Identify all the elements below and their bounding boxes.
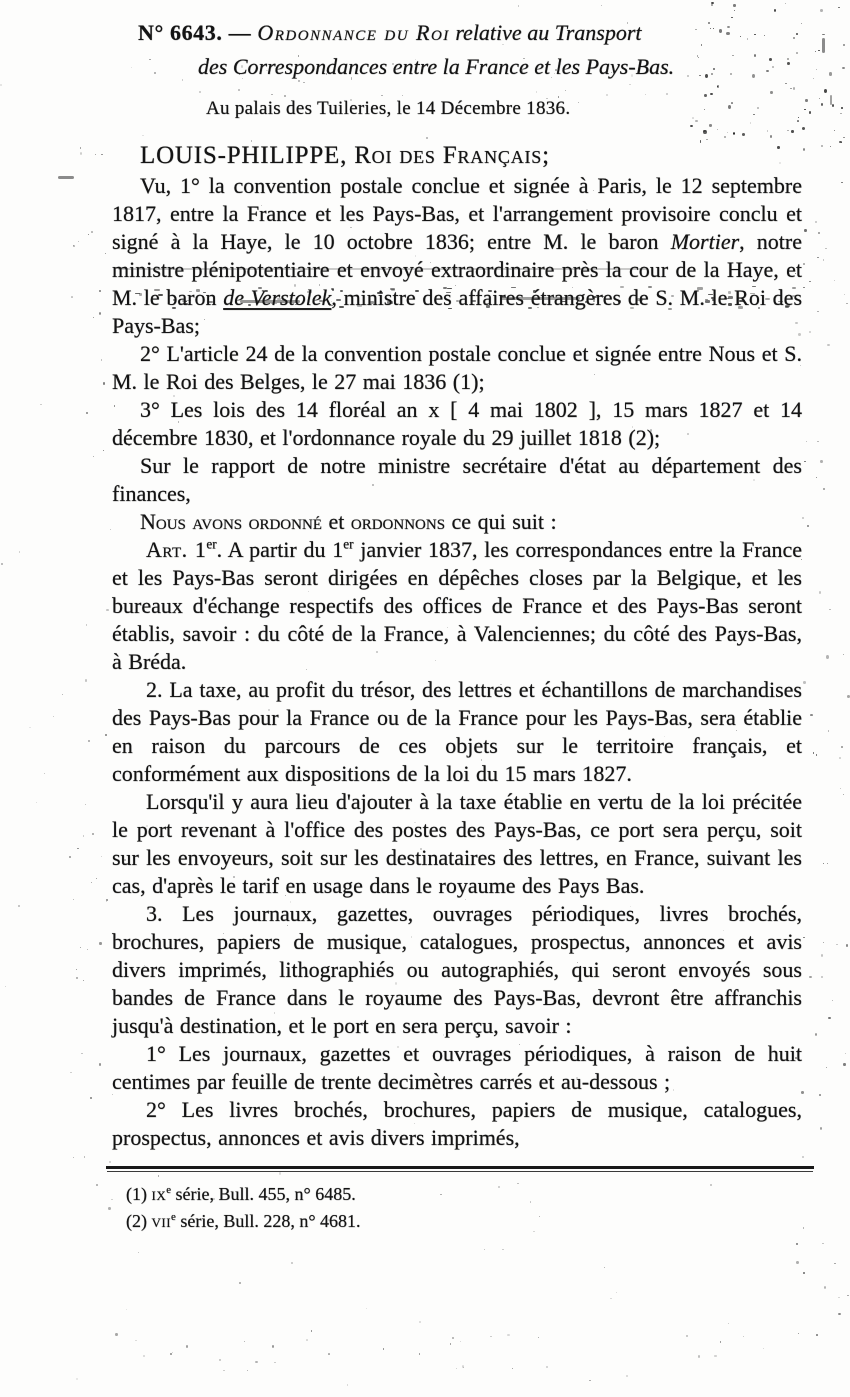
- footnote-1: (1) ixe série, Bull. 455, n° 6485.: [126, 1181, 802, 1208]
- heading-dash: —: [223, 20, 258, 45]
- recital-rapport: Sur le rapport de notre ministre secréta…: [112, 452, 802, 508]
- ordinance-title-rest: relative au Transport: [450, 20, 642, 45]
- article-1: Art. 1er. A partir du 1er janvier 1837, …: [112, 536, 802, 676]
- document-page: N° 6643. — Ordonnance du Roi relative au…: [0, 0, 850, 1397]
- footnote-2: (2) viie série, Bull. 228, n° 4681.: [126, 1208, 802, 1235]
- footnote-2-series: vii: [152, 1211, 172, 1231]
- recital-3: 3° Les lois des 14 floréal an x [ 4 mai …: [112, 396, 802, 452]
- footnote-1-text: série, Bull. 455, n° 6485.: [171, 1184, 356, 1204]
- footnote-2-text: série, Bull. 228, n° 4681.: [176, 1211, 361, 1231]
- enacting-smallcaps-2: ordonnons: [351, 509, 445, 534]
- footnote-1-series: ix: [152, 1184, 167, 1204]
- article-1-ordinal: er: [206, 537, 216, 552]
- recital-vu: Vu, 1° la convention postale conclue et …: [112, 172, 802, 340]
- article-3-number: 3.: [146, 901, 163, 926]
- enacting-mid: et: [322, 509, 351, 534]
- article-2-number: 2.: [146, 677, 163, 702]
- article-1-date-ordinal: er: [343, 537, 353, 552]
- enacting-rest: ce qui suit :: [445, 509, 557, 534]
- salutation-title: Roi des Français;: [347, 142, 550, 169]
- article-3-text: Les journaux, gazettes, ouvrages périodi…: [112, 901, 802, 1038]
- footnote-1-number: (1): [126, 1184, 152, 1204]
- royal-salutation: LOUIS-PHILIPPE, Roi des Français;: [112, 140, 802, 172]
- article-1-label: Art. 1: [146, 537, 206, 562]
- name-mortier: Mortier: [671, 229, 739, 254]
- enacting-smallcaps-1: Nous avons ordonné: [140, 509, 322, 534]
- dateline: Au palais des Tuileries, le 14 Décembre …: [112, 96, 802, 122]
- article-2-text: La taxe, au profit du trésor, des lettre…: [112, 677, 802, 786]
- ordinance-number: N° 6643.: [138, 20, 223, 45]
- article-1-text-a: . A partir du 1: [217, 537, 344, 562]
- ordinance-title-line1: N° 6643. — Ordonnance du Roi relative au…: [112, 18, 802, 48]
- ordinance-body: Vu, 1° la convention postale conclue et …: [112, 172, 802, 1152]
- article-2-continued: Lorsqu'il y aura lieu d'ajouter à la tax…: [112, 788, 802, 900]
- subitem-1: 1° Les journaux, gazettes et ouvrages pé…: [112, 1040, 802, 1096]
- article-2: 2. La taxe, au profit du trésor, des let…: [112, 676, 802, 788]
- subitem-2: 2° Les livres brochés, brochures, papier…: [112, 1096, 802, 1152]
- ordinance-heading: N° 6643. — Ordonnance du Roi relative au…: [112, 18, 802, 82]
- footnote-rule: [106, 1166, 814, 1169]
- name-verstolek: de Verstolek: [223, 285, 331, 310]
- footnote-2-number: (2): [126, 1211, 152, 1231]
- ordinance-title-line2: des Correspondances entre la France et l…: [112, 52, 802, 82]
- article-3: 3. Les journaux, gazettes, ouvrages péri…: [112, 900, 802, 1040]
- salutation-name: LOUIS-PHILIPPE,: [140, 142, 347, 169]
- footnotes: (1) ixe série, Bull. 455, n° 6485. (2) v…: [112, 1181, 802, 1235]
- ordinance-title-smallcaps: Ordonnance du Roi: [257, 20, 450, 45]
- enacting-clause: Nous avons ordonné et ordonnons ce qui s…: [112, 508, 802, 536]
- article-1-text-b: janvier 1837, les correspondances entre …: [112, 537, 802, 674]
- recital-2: 2° L'article 24 de la convention postale…: [112, 340, 802, 396]
